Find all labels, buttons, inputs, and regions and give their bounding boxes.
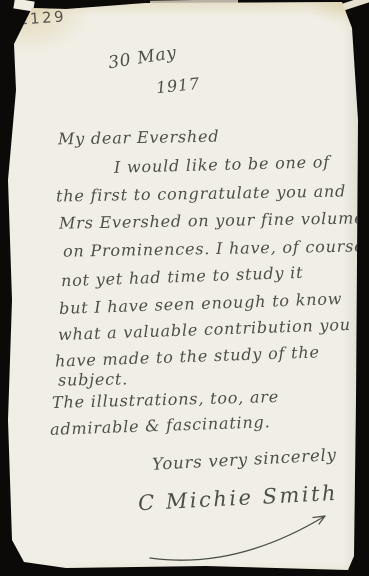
body-line: what a valuable contribution you (58, 315, 351, 344)
body-line: The illustrations, too, are (52, 387, 279, 412)
closing-line: Yours very sincerely (152, 445, 338, 474)
letter-paper: E129 WINSFORD, KODAIKANAL. 30 May 1917 M… (6, 0, 364, 574)
body-line: have made to the study of the (55, 342, 320, 370)
salutation-line: My dear Evershed (58, 127, 220, 149)
handwritten-date-day-month: 30 May (107, 43, 178, 74)
body-line: Mrs Evershed on your fine volume (59, 208, 365, 232)
body-line: on Prominences. I have, of course, (63, 236, 369, 260)
flourish-underline-path (150, 516, 325, 560)
body-line: but I have seen enough to know (59, 289, 343, 318)
archive-reference-label: E129 (17, 7, 66, 28)
body-line: I would like to be one of (114, 152, 330, 177)
signature-flourish (126, 500, 356, 570)
handwritten-date-year: 1917 (155, 74, 201, 97)
body-line: not yet had time to study it (61, 263, 304, 290)
body-line: admirable & fascinating. (50, 412, 271, 439)
body-line: the first to congratulate you and (56, 181, 346, 205)
body-line: subject. (58, 369, 128, 389)
photo-background: E129 WINSFORD, KODAIKANAL. 30 May 1917 M… (0, 0, 369, 576)
